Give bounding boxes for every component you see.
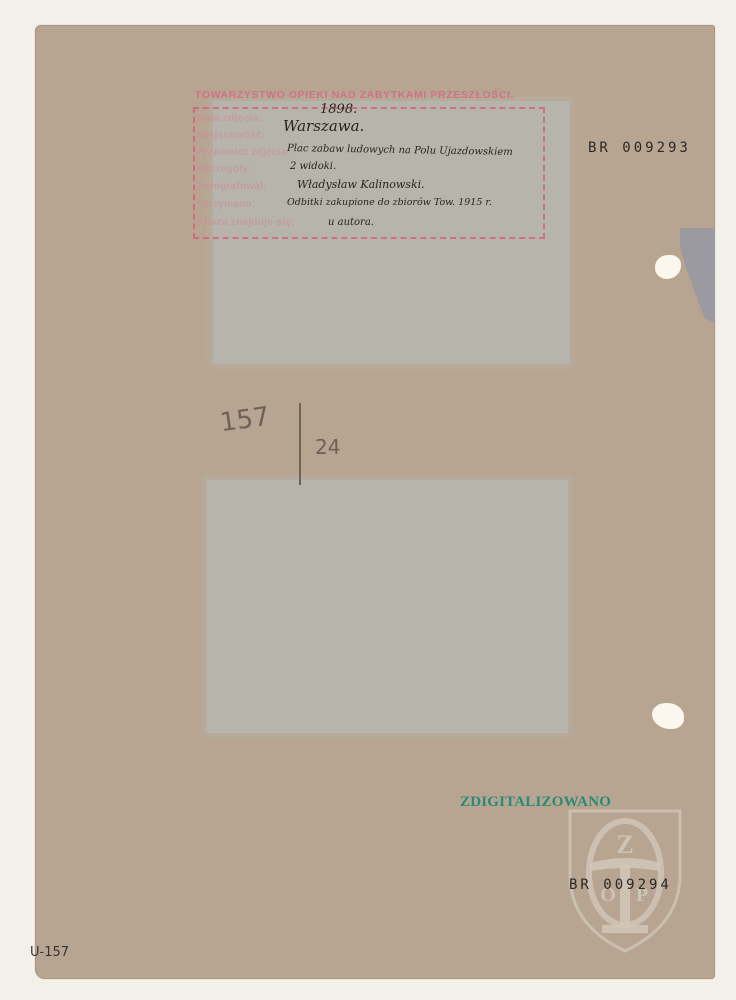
- stamp-label-subject: Przedmiot zdjęcia:: [197, 147, 290, 158]
- svg-text:Z: Z: [616, 830, 633, 859]
- tear-hole-lower: [652, 703, 684, 729]
- handwritten-year: 1898.: [320, 102, 357, 117]
- handwritten-negative-location: u autora.: [328, 217, 374, 228]
- stamp-label-place: Miejscowość:: [197, 130, 266, 141]
- pencil-corner-note: U-157: [30, 945, 69, 960]
- handwritten-photographer: Władysław Kalinowski.: [297, 178, 425, 191]
- inventory-number-top: BR 009293: [588, 140, 691, 156]
- stamp-label-received: Otrzymano:: [197, 199, 256, 210]
- stamp-label-negative: Klisza znajduje się:: [197, 217, 295, 228]
- mount-card: TOWARZYSTWO OPIEKI NAD ZABYTKAMI PRZESZŁ…: [35, 25, 715, 979]
- society-stamp-title: TOWARZYSTWO OPIEKI NAD ZABYTKAMI PRZESZŁ…: [195, 89, 550, 101]
- inventory-number-bottom: BR 009294: [569, 877, 672, 893]
- stamp-label-photographer: Fotografował:: [197, 181, 267, 192]
- pencil-signature-main: 157: [218, 402, 271, 439]
- handwritten-acquisition: Odbitki zakupione do zbiorów Tow. 1915 r…: [287, 197, 492, 208]
- torn-paper-flap: [680, 228, 715, 323]
- handwritten-place: Warszawa.: [283, 117, 364, 135]
- pencil-separator-line: [299, 403, 301, 485]
- lower-photo-area: [207, 480, 568, 733]
- tear-hole-upper: [655, 255, 681, 279]
- stamp-label-date: Data zdjęcia:: [197, 113, 262, 124]
- handwritten-views: 2 widoki.: [290, 161, 336, 172]
- stamp-label-details: Szczegóły:: [197, 164, 252, 175]
- pencil-signature-sub: 24: [315, 435, 340, 459]
